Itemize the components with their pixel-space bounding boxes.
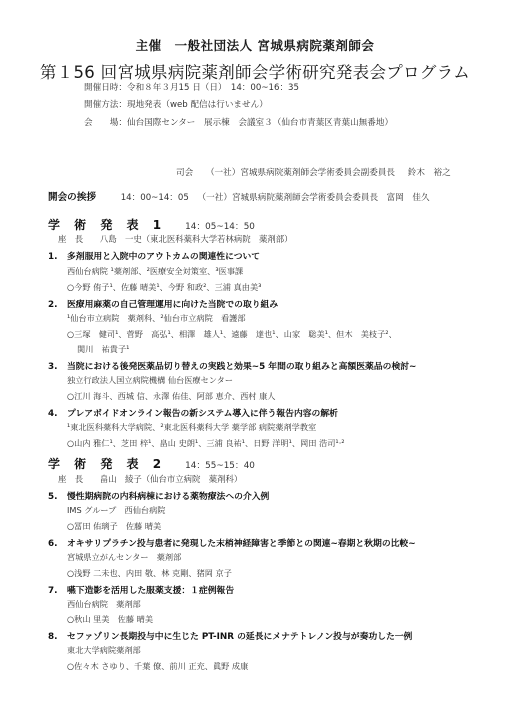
presentation-number: 5. <box>48 492 67 502</box>
presentation-affiliation: IMS グループ 西仙台病院 <box>67 505 166 516</box>
session-heading: 学 術 発 表 1 <box>48 218 166 232</box>
presentation-number: 2. <box>48 300 67 310</box>
session-time: 14：55~15：40 <box>185 461 255 471</box>
presentation-affiliation: 東北大学病院薬剤部 <box>67 645 141 656</box>
presentation-authors: ○秋山 里美 佐藤 晴美 <box>67 614 153 625</box>
session-time: 14：05~14：50 <box>185 222 255 232</box>
mc-name: 鈴木 裕之 <box>408 168 451 178</box>
session-1-header: 学 術 発 表 1 14：05~14：50 <box>48 214 255 233</box>
presentation-authors: ○江川 海斗、西城 信、永澤 佑佳、阿部 恵介、西村 康人 <box>67 391 275 402</box>
presentation-number: 8. <box>48 632 67 642</box>
event-date: 開催日時：令和８年３月15 日（日） 14：00~16：35 <box>84 81 299 93</box>
presentation-authors: ○冨田 佑璃子 佐藤 晴美 <box>67 521 161 532</box>
presentation-authors: ○佐々木 さゆり、千葉 僚、前川 正充、眞野 成康 <box>67 661 248 672</box>
opening-speaker: （一社）宮城県病院薬剤師会学術委員会委員長 富岡 佳久 <box>198 193 430 203</box>
presentation-title: 8.セファゾリン長期投与中に生じた PT-INR の延長にメナテトレノン投与が奏… <box>48 629 412 642</box>
presentation-number: 7. <box>48 586 67 596</box>
presentation-title: 7.嚥下造影を活用した服薬支援：１症例報告 <box>48 583 234 596</box>
presentation-affiliation: ¹仙台市立病院 薬剤科、²仙台市立病院 看護部 <box>67 313 246 324</box>
presentation-affiliation: 独立行政法人国立病院機構 仙台医療センター <box>67 375 233 386</box>
presentation-authors: ○今野 侑子¹、佐藤 晴美¹、今野 和政²、三浦 真由美³ <box>67 282 261 293</box>
session-2-header: 学 術 発 表 2 14：55~15：40 <box>48 453 255 472</box>
presentation-authors: ○山内 雅仁¹、芝田 梓¹、畠山 史朗¹、三浦 良祐¹、日野 洋明¹、岡田 浩司… <box>67 438 345 449</box>
opening-label: 開会の挨拶 <box>48 192 96 203</box>
presentation-authors: ○三塚 健司¹、菅野 高弘¹、相澤 雄人¹、遠藤 達也¹、山家 聡美¹、但木 美… <box>67 329 397 340</box>
organizer-line: 主催 一般社団法人 宮城県病院薬剤師会 <box>0 36 510 54</box>
mc-line: 司会 （一社）宮城県病院薬剤師会学術委員会副委員長 鈴木 裕之 <box>176 166 451 178</box>
mc-role: 司会 <box>176 168 193 178</box>
presentation-affiliation: ¹東北医科薬科大学病院、²東北医科薬科大学 薬学部 病院薬剤学教室 <box>67 422 316 433</box>
presentation-title: 2.医療用麻薬の自己管理運用に向けた当院での取り組み <box>48 297 278 310</box>
presentation-title: 5.慢性期病院の内科病棟における薬物療法への介入例 <box>48 489 269 502</box>
session-heading: 学 術 発 表 2 <box>48 457 166 471</box>
presentation-authors-continued: 関川 祐貴子¹ <box>77 344 129 355</box>
opening-remarks: 開会の挨拶 14：00~14：05 （一社）宮城県病院薬剤師会学術委員会委員長 … <box>48 189 430 203</box>
presentation-title: 6.オキサリプラチン投与患者に発現した末梢神経障害と季節との関連~春期と秋期の比… <box>48 536 416 549</box>
event-venue: 会 場：仙台国際センター 展示棟 会議室３（仙台市青葉区青葉山無番地） <box>84 116 393 128</box>
presentation-affiliation: 西仙台病院 ¹薬剤部、²医療安全対策室、³医事課 <box>67 266 243 277</box>
presentation-title: 4.プレアボイドオンライン報告の新システム導入に伴う報告内容の解析 <box>48 406 338 419</box>
presentation-affiliation: 宮城県立がんセンター 薬剤部 <box>67 552 181 563</box>
presentation-number: 1. <box>48 252 67 262</box>
session-1-chair: 座 長 八島 一史（東北医科薬科大学若林病院 薬剤部） <box>58 233 293 245</box>
presentation-authors: ○浅野 二未也、内田 敬、林 克剛、猪岡 京子 <box>67 568 232 579</box>
mc-affiliation: （一社）宮城県病院薬剤師会学術委員会副委員長 <box>206 168 395 178</box>
presentation-affiliation: 西仙台病院 薬剤部 <box>67 599 141 610</box>
document-title: 第１56 回宮城県病院薬剤師会学術研究発表会プログラム <box>0 59 510 83</box>
event-method: 開催方法：現地発表（web 配信は行いません） <box>84 98 268 110</box>
presentation-number: 6. <box>48 539 67 549</box>
presentation-title: 1.多剤服用と入院中のアウトカムの関連性について <box>48 249 260 262</box>
presentation-title: 3.当院における後発医薬品切り替えの実践と効果~5 年間の取り組みと高額医薬品の… <box>48 359 416 372</box>
opening-time: 14：00~14：05 <box>121 193 189 203</box>
presentation-number: 3. <box>48 362 67 372</box>
session-2-chair: 座 長 畠山 綾子（仙台市立病院 薬剤科） <box>58 473 242 485</box>
presentation-number: 4. <box>48 409 67 419</box>
